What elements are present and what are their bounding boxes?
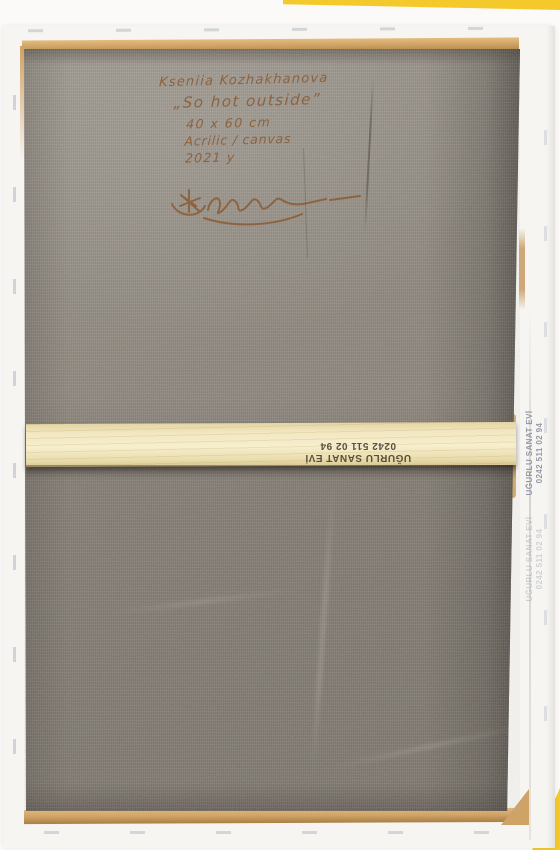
staple-row-bottom <box>44 831 518 834</box>
artwork-title: „So hot outside” <box>173 88 408 112</box>
stamp-line-phone: 0242 511 02 94 <box>535 511 545 607</box>
stamp-line-name: UĞURLU SANAT EVİ <box>283 451 433 463</box>
crossbar-supplier-stamp: UĞURLU SANAT EVİ 0242 511 02 94 <box>283 437 433 463</box>
stamp-line-phone: 0242 511 02 94 <box>283 439 433 451</box>
staple-column-left <box>13 95 16 795</box>
side-supplier-stamp: UĞURLU SANAT EVİ 0242 511 02 94 <box>525 405 547 501</box>
stretcher-bar-sliver-right-upper <box>519 228 525 310</box>
stamp-line-name: UĞURLU SANAT EVİ <box>525 511 535 607</box>
stamp-line-phone: 0242 511 02 94 <box>535 405 545 501</box>
side-supplier-stamp-faded: UĞURLU SANAT EVİ 0242 511 02 94 <box>525 511 547 607</box>
center-crossbar <box>26 422 516 467</box>
crossbar-shadow <box>26 465 516 479</box>
canvas-back-photo: UĞURLU SANAT EVİ 0242 511 02 94 UĞURLU S… <box>0 0 560 850</box>
background-yellow-strip-top <box>283 0 560 10</box>
stamp-line-name: UĞURLU SANAT EVİ <box>525 405 535 501</box>
wrap-edge-shade <box>546 26 555 848</box>
handwritten-inscription-block: Kseniia Kozhakhanova „So hot outside” 40… <box>157 69 409 167</box>
artist-signature <box>164 176 374 228</box>
